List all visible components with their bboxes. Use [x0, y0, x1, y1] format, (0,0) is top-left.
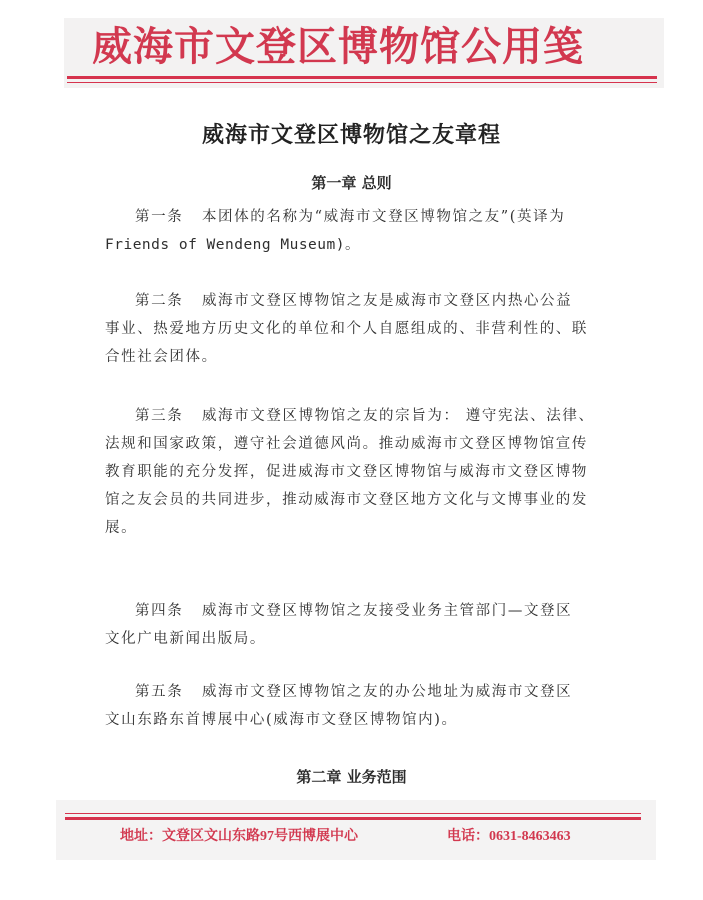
- article-1: 第一条 本团体的名称为“威海市文登区博物馆之友”(英译为 Friends of …: [105, 203, 620, 259]
- article-3: 第三条 威海市文登区博物馆之友的宗旨为： 遵守宪法、法律、 法规和国家政策，遵守…: [105, 402, 620, 542]
- article-line: 第四条 威海市文登区博物馆之友接受业务主管部门—文登区: [105, 597, 620, 625]
- article-5: 第五条 威海市文登区博物馆之友的办公地址为威海市文登区 文山东路东首博展中心(威…: [105, 678, 620, 734]
- letterhead-rule-thick: [67, 76, 657, 79]
- article-text: 威海市文登区博物馆之友的宗旨为： 遵守宪法、法律、: [202, 408, 595, 424]
- article-line: 馆之友会员的共同进步，推动威海市文登区地方文化与文博事业的发: [105, 486, 620, 514]
- article-text: 威海市文登区博物馆之友的办公地址为威海市文登区: [202, 684, 572, 700]
- article-line: 法规和国家政策，遵守社会道德风尚。推动威海市文登区博物馆宣传: [105, 430, 620, 458]
- article-line: 展。: [105, 514, 620, 542]
- footer-address: 地址：文登区文山东路97号西博展中心: [120, 825, 358, 845]
- article-line: 教育职能的充分发挥，促进威海市文登区博物馆与威海市文登区博物: [105, 458, 620, 486]
- article-number: 第一条: [135, 209, 183, 225]
- article-line: 第一条 本团体的名称为“威海市文登区博物馆之友”(英译为: [105, 203, 620, 231]
- article-number: 第二条: [135, 293, 183, 309]
- article-text: 本团体的名称为“威海市文登区博物馆之友”(英译为: [202, 209, 565, 225]
- article-text: 威海市文登区博物馆之友是威海市文登区内热心公益: [202, 293, 572, 309]
- article-number: 第五条: [135, 684, 183, 700]
- letterhead-rule-thin: [67, 82, 657, 83]
- article-text: 威海市文登区博物馆之友接受业务主管部门—文登区: [202, 603, 572, 619]
- article-line: 文化广电新闻出版局。: [105, 625, 620, 653]
- article-number: 第三条: [135, 408, 183, 424]
- chapter-heading: 第二章 业务范围: [0, 766, 703, 787]
- letterhead-title: 威海市文登区博物馆公用笺: [92, 22, 612, 72]
- article-line: 第二条 威海市文登区博物馆之友是威海市文登区内热心公益: [105, 287, 620, 315]
- footer-rule-thin: [65, 813, 641, 814]
- chapter-heading: 第一章 总则: [0, 172, 703, 193]
- footer-rule-thick: [65, 817, 641, 820]
- article-line: 第三条 威海市文登区博物馆之友的宗旨为： 遵守宪法、法律、: [105, 402, 620, 430]
- article-4: 第四条 威海市文登区博物馆之友接受业务主管部门—文登区 文化广电新闻出版局。: [105, 597, 620, 653]
- article-line: 合性社会团体。: [105, 343, 620, 371]
- article-line: 事业、热爱地方历史文化的单位和个人自愿组成的、非营利性的、联: [105, 315, 620, 343]
- article-line: 第五条 威海市文登区博物馆之友的办公地址为威海市文登区: [105, 678, 620, 706]
- article-number: 第四条: [135, 603, 183, 619]
- footer-phone: 电话：0631-8463463: [447, 825, 571, 845]
- document-title: 威海市文登区博物馆之友章程: [0, 118, 703, 149]
- article-line: Friends of Wendeng Museum)。: [105, 231, 620, 259]
- article-line: 文山东路东首博展中心(威海市文登区博物馆内)。: [105, 706, 620, 734]
- article-2: 第二条 威海市文登区博物馆之友是威海市文登区内热心公益 事业、热爱地方历史文化的…: [105, 287, 620, 371]
